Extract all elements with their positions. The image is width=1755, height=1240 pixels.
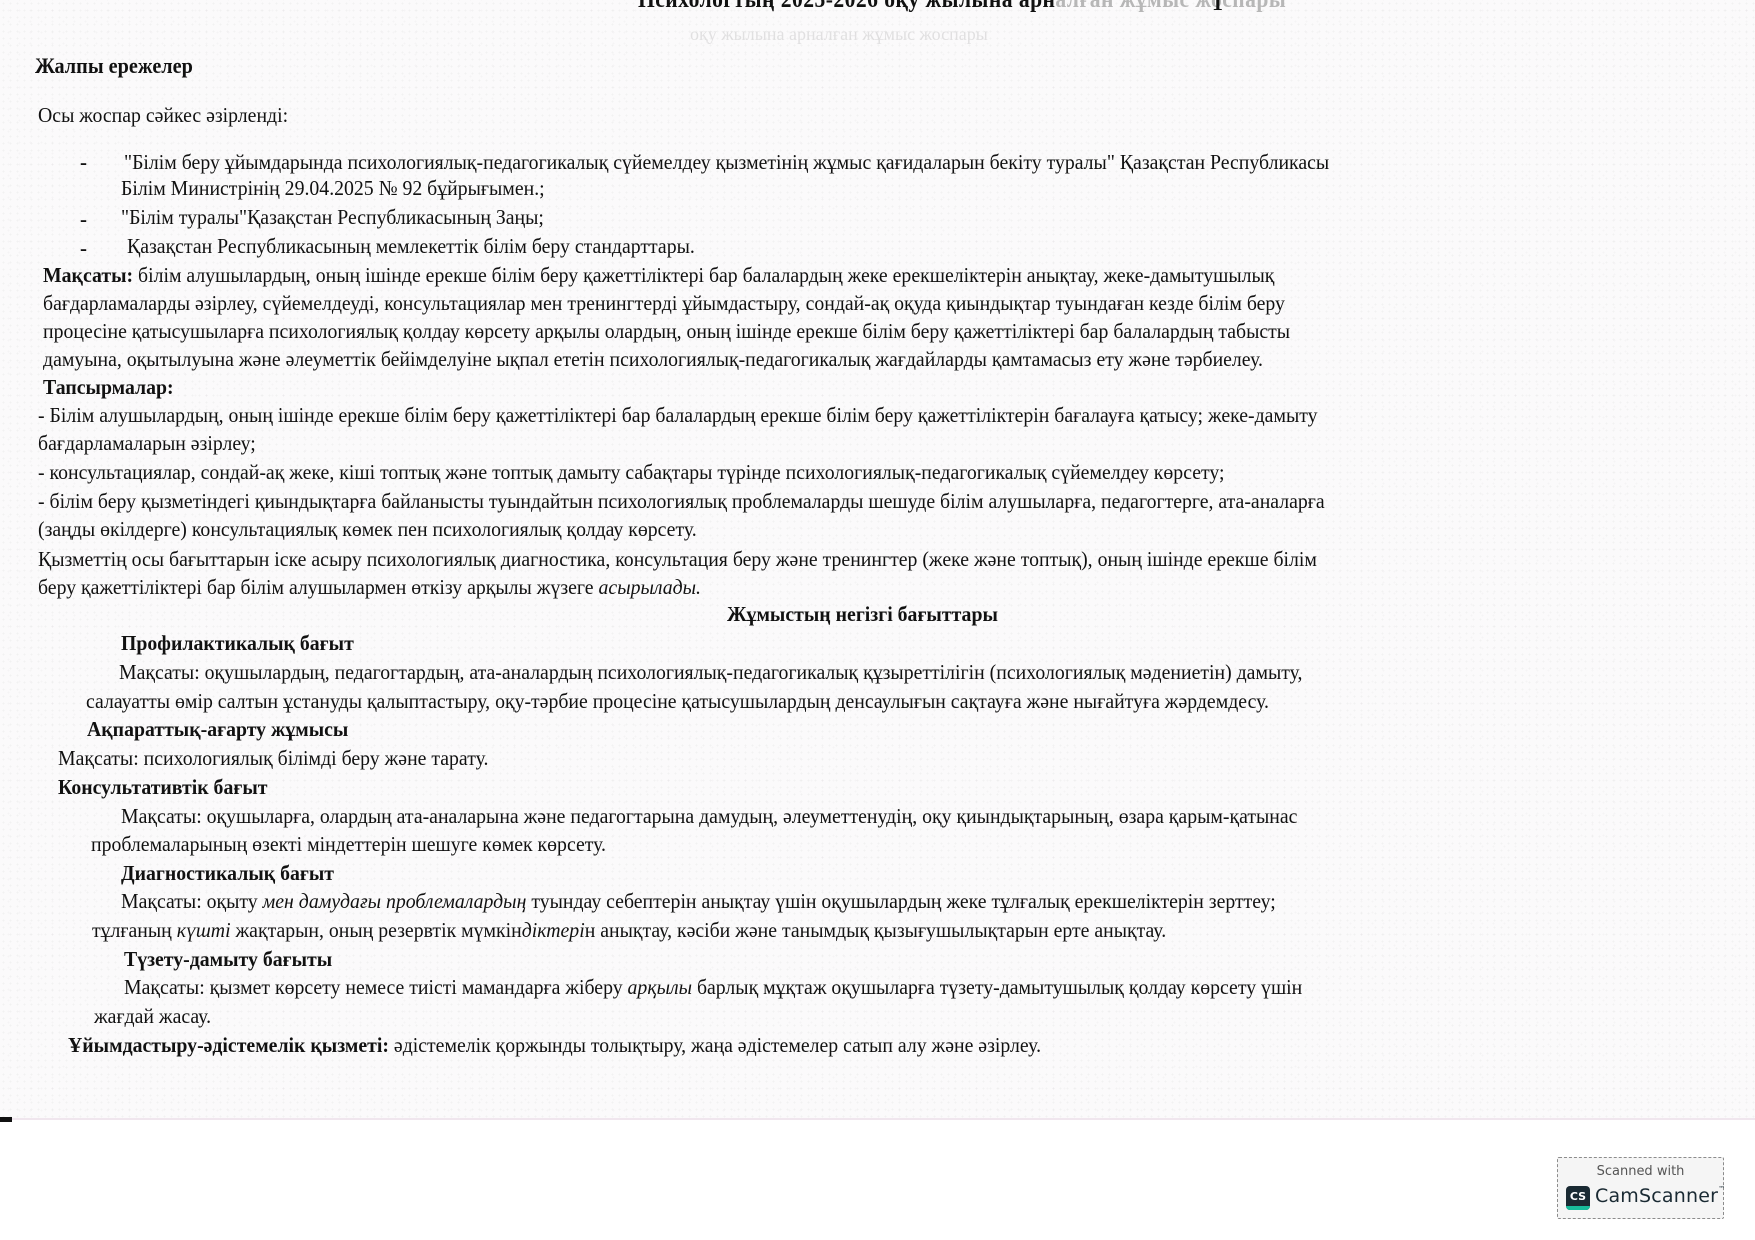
italic-run: күшті (177, 918, 231, 942)
italic-run: діктері (522, 918, 585, 942)
implementation-italic: асырылады. (599, 575, 701, 599)
direction-goal-line: Мақсаты: қызмет көрсету немесе тиісті ма… (124, 974, 1302, 1000)
direction-title-diagnostic: Диагностикалық бағыт (121, 860, 334, 886)
implementation-line: Қызметтің осы бағыттарын іске асыру псих… (38, 546, 1317, 572)
text-run: Мақсаты: оқыту (121, 889, 263, 913)
camscanner-logo-icon: CS (1566, 1186, 1590, 1210)
text-run: барлық мұқтаж оқушыларға түзету-дамытушы… (692, 975, 1302, 999)
text-run: жақтарын, оның резервтік мүмкін (231, 918, 522, 942)
list-dash: - (80, 150, 87, 175)
task-line: - консультациялар, сондай-ақ жеке, кіші … (38, 459, 1225, 485)
text-run: тұлғаның (92, 918, 177, 942)
direction-goal-line: Мақсаты: оқыту мен дамудағы проблемалард… (121, 888, 1276, 914)
reference-item: Қазақстан Республикасының мемлекеттік бі… (127, 233, 695, 259)
italic-run: мен дамудағы проблемалардың (263, 889, 527, 913)
list-dash: - (80, 207, 87, 232)
direction-goal-line: Мақсаты: оқушылардың, педагогтардың, ата… (119, 659, 1302, 685)
trademark-mark: ™ (1718, 1185, 1725, 1193)
task-line: - білім беру қызметіндегі қиындықтарға б… (38, 488, 1325, 514)
direction-title-informational: Ақпараттық-ағарту жұмысы (87, 716, 348, 742)
document-title: Психологтың 2025-2026 оқу жылына арналға… (638, 0, 1286, 14)
direction-goal-line: жағдай жасау. (94, 1003, 211, 1029)
methodical-label: Ұйымдастыру-әдістемелік қызметі: (68, 1033, 389, 1057)
general-provisions-heading: Жалпы ережелер (35, 53, 193, 79)
direction-goal-line: проблемаларының өзекті міндеттерін шешуг… (91, 831, 606, 857)
methodical-text: әдістемелік қоржынды толықтыру, жаңа әді… (389, 1033, 1041, 1057)
direction-goal-line: салауатты өмір салтын ұстануды қалыптаст… (86, 688, 1269, 714)
text-run: туындау себептерін анықтау үшін оқушылар… (526, 889, 1275, 913)
list-dash: - (80, 236, 87, 261)
direction-goal-line: тұлғаның күшті жақтарын, оның резервтік … (92, 917, 1166, 943)
direction-goal-line: Мақсаты: психологиялық білімді беру және… (58, 745, 488, 771)
text-run: Мақсаты: қызмет көрсету немесе тиісті ма… (124, 975, 628, 999)
goal-label: Мақсаты: (43, 263, 133, 287)
bleed-through-text: оқу жылына арналған жұмыс жоспары (690, 24, 988, 45)
reference-item-cont: Білім Министрінің 29.04.2025 № 92 бұйрығ… (121, 175, 545, 201)
badge-brand: CamScanner™ (1595, 1185, 1725, 1207)
direction-title-corrective: Түзету-дамыту бағыты (124, 946, 332, 972)
reference-item: "Білім беру ұйымдарында психологиялық-пе… (124, 149, 1329, 175)
text-run: н анықтау, кәсіби және танымдық қызығушы… (585, 918, 1166, 942)
methodical-activity: Ұйымдастыру-әдістемелік қызметі: әдістем… (68, 1032, 1041, 1058)
goal-line: бағдарламаларды әзірлеу, сүйемелдеуді, к… (43, 290, 1285, 316)
implementation-text: беру қажеттіліктері бар білім алушыларме… (38, 575, 599, 599)
document-title-faded: алған жұмыс жоспары (1055, 0, 1286, 13)
document-title-visible: Психологтың 2025-2026 оқу жылына арн (638, 0, 1055, 13)
camscanner-badge: Scanned with CS CamScanner™ (1557, 1157, 1724, 1219)
tasks-heading: Тапсырмалар: (43, 374, 174, 400)
badge-caption: Scanned with (1558, 1164, 1723, 1179)
reference-item: "Білім туралы"Қазақстан Республикасының … (121, 204, 544, 230)
page-edge-mark (0, 1117, 12, 1122)
directions-heading: Жұмыстың негізгі бағыттары (727, 601, 998, 627)
page-number: 1 (1212, 0, 1223, 16)
direction-goal-line: Мақсаты: оқушыларға, олардың ата-аналары… (121, 803, 1297, 829)
italic-run: арқылы (628, 975, 692, 999)
implementation-line: беру қажеттіліктері бар білім алушыларме… (38, 574, 701, 600)
task-line: бағдарламаларын әзірлеу; (38, 430, 256, 456)
goal-line: дамуына, оқытылуына және әлеуметтік бейі… (43, 346, 1263, 372)
task-line: - Білім алушылардың, оның ішінде ерекше … (38, 402, 1318, 428)
intro-text: Осы жоспар сәйкес әзірленді: (38, 102, 288, 128)
goal-text: білім алушылардың, оның ішінде ерекше бі… (133, 263, 1274, 287)
goal-line: Мақсаты: білім алушылардың, оның ішінде … (43, 262, 1274, 288)
direction-title-consultative: Консультативтік бағыт (58, 774, 267, 800)
task-line: (заңды өкілдерге) консультациялық көмек … (38, 516, 697, 542)
goal-line: процесіне қатысушыларға психологиялық қо… (43, 318, 1290, 344)
brand-name: CamScanner (1595, 1185, 1718, 1207)
direction-title-preventive: Профилактикалық бағыт (121, 630, 354, 656)
page-bottom-edge (12, 1118, 1755, 1120)
scanned-page: Психологтың 2025-2026 оқу жылына арналға… (0, 0, 1755, 1120)
